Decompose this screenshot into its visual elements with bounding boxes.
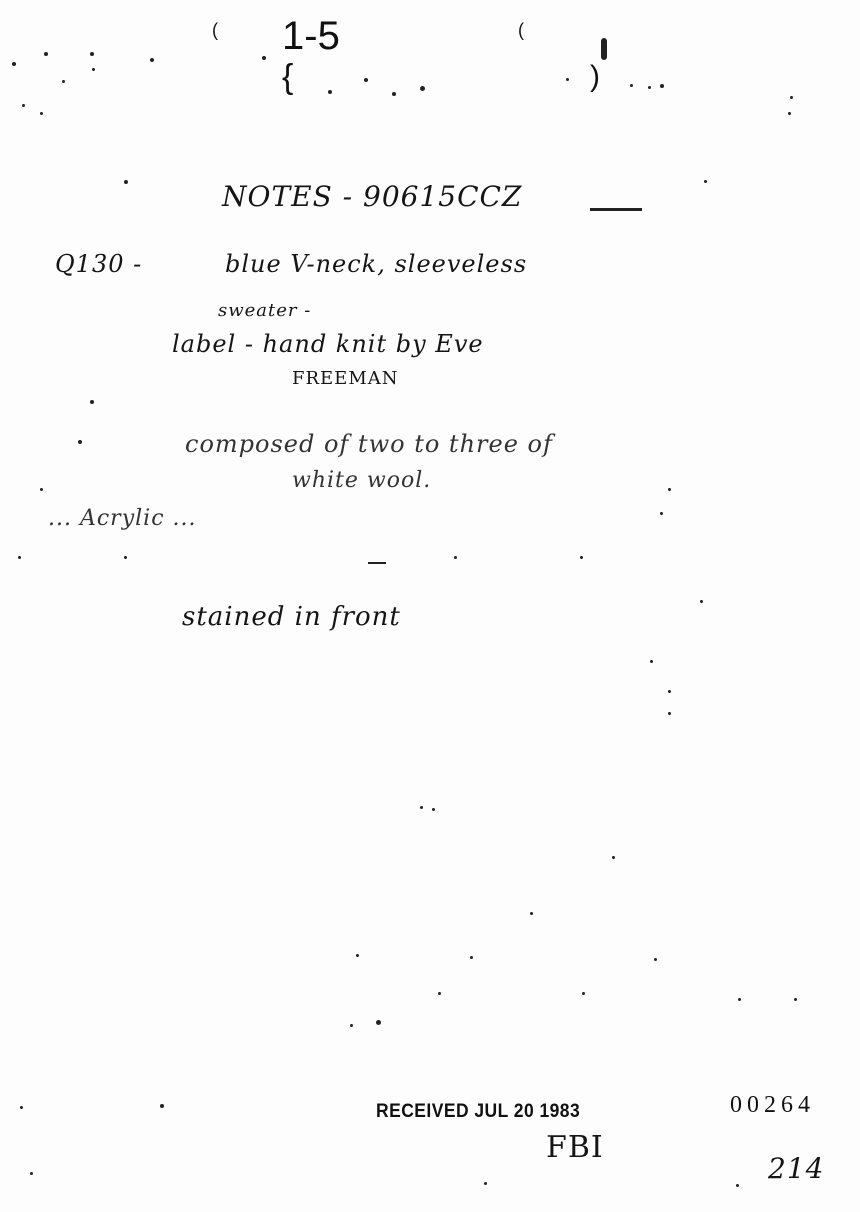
speckle	[668, 690, 671, 693]
note-line-5: composed of two to three of	[185, 430, 553, 458]
speckle	[328, 90, 332, 94]
item-label: Q130 -	[55, 250, 142, 278]
speckle	[704, 180, 707, 183]
speckle	[392, 92, 396, 96]
title-underline	[590, 208, 642, 211]
speckle	[30, 1172, 33, 1175]
speckle	[484, 1182, 487, 1185]
speckle	[18, 556, 21, 559]
fbi-mark: FBI	[546, 1130, 604, 1165]
speckle	[454, 556, 457, 559]
speckle	[420, 86, 425, 91]
paren-mark: (	[212, 20, 218, 41]
speckle	[44, 52, 48, 56]
speckle	[668, 712, 671, 715]
bracket-mark: )	[590, 60, 600, 94]
speckle	[124, 180, 128, 184]
speckle	[530, 912, 533, 915]
speckle	[22, 104, 25, 107]
speckle	[262, 56, 266, 60]
speckle	[90, 400, 94, 404]
speckle	[630, 84, 633, 87]
speckle	[566, 78, 569, 81]
header-mark: 1-5	[282, 14, 340, 59]
speckle	[650, 660, 653, 663]
handwritten-page-number: 214	[768, 1152, 824, 1185]
speckle	[376, 1020, 381, 1025]
bracket-mark: {	[282, 58, 293, 97]
speckle	[736, 1184, 739, 1187]
speckle	[700, 600, 703, 603]
speckle	[350, 1024, 353, 1027]
note-line-2: sweater -	[218, 300, 311, 321]
speckle	[738, 998, 741, 1001]
speckle	[90, 52, 94, 56]
document-number: 00264	[730, 1092, 815, 1119]
speckle	[432, 808, 435, 811]
note-line-6: white wool.	[292, 468, 431, 493]
speckle	[648, 86, 651, 89]
speckle	[612, 856, 615, 859]
dash-mark	[368, 562, 386, 564]
speckle	[668, 488, 671, 491]
note-line-3: label - hand knit by Eve	[172, 330, 484, 358]
speckle	[20, 1106, 23, 1109]
note-line-8: stained in front	[182, 602, 401, 632]
received-stamp: RECEIVED JUL 20 1983	[376, 1101, 580, 1123]
speckle	[364, 78, 368, 82]
speckle	[660, 84, 664, 88]
speckle	[790, 96, 793, 99]
ink-blot	[601, 38, 607, 60]
speckle	[62, 80, 65, 83]
speckle	[794, 998, 797, 1001]
note-line-4: FREEMAN	[292, 368, 399, 389]
speckle	[580, 556, 583, 559]
speckle	[420, 806, 423, 809]
speckle	[654, 958, 657, 961]
speckle	[78, 440, 82, 444]
note-line-1: blue V-neck, sleeveless	[225, 250, 527, 278]
speckle	[92, 68, 95, 71]
speckle	[660, 512, 663, 515]
speckle	[40, 112, 43, 115]
speckle	[40, 488, 43, 491]
speckle	[124, 556, 127, 559]
speckle	[470, 956, 473, 959]
speckle	[12, 62, 16, 66]
paren-mark: (	[518, 20, 524, 41]
speckle	[438, 992, 441, 995]
speckle	[582, 992, 585, 995]
scanned-document-page: 1-5 { ) ( ( NOTES - 90615CCZ Q130 - blue…	[0, 0, 860, 1212]
note-line-7: ... Acrylic ...	[48, 506, 197, 531]
speckle	[150, 58, 154, 62]
speckle	[160, 1104, 164, 1108]
speckle	[356, 954, 359, 957]
speckle	[788, 112, 791, 115]
notes-title: NOTES - 90615CCZ	[222, 180, 522, 213]
